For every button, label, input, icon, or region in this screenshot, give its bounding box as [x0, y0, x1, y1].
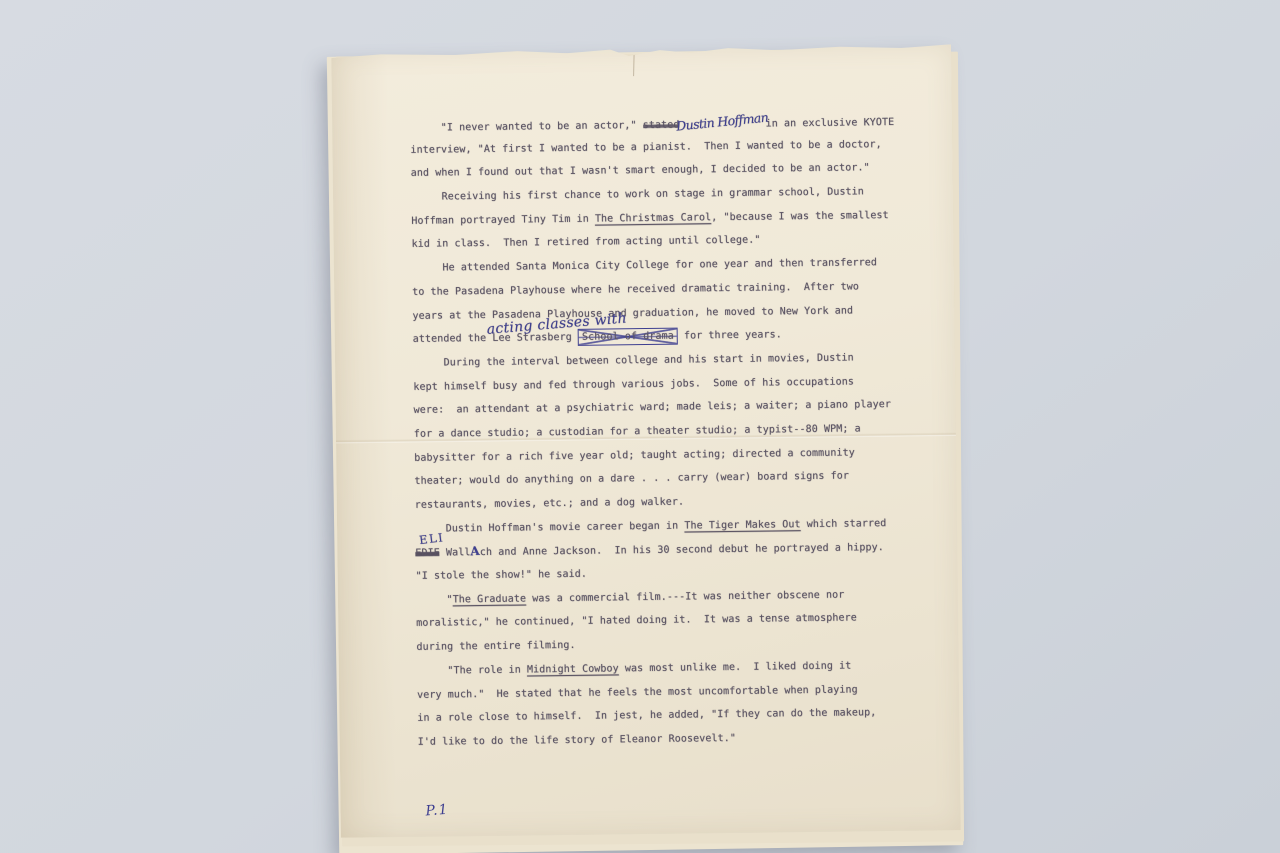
typed-text-block: "I never wanted to be an actor," statedD…	[410, 109, 923, 755]
typed-text: in a role close to himself. In jest, he …	[417, 707, 876, 724]
typed-text: restaurants, movies, etc.; and a dog wal…	[415, 497, 684, 511]
typed-text: Receiving his first chance to work on st…	[411, 186, 864, 203]
boxed-struck-text: School of dramaacting classes with	[578, 328, 678, 346]
page-number-handwritten: P.1	[425, 802, 449, 820]
typed-text: "I never wanted to be an actor,"	[410, 120, 643, 134]
handwritten-letter: A	[470, 540, 481, 564]
typed-text: Hoffman portrayed Tiny Tim in	[411, 213, 595, 226]
typed-text: kid in class. Then I retired from acting…	[412, 235, 761, 250]
handwritten-insert-above: ELI	[418, 527, 446, 553]
underlined-title: The Christmas Carol	[595, 212, 711, 224]
typed-text: during the entire filming.	[416, 640, 575, 653]
typed-text: very much." He stated that he feels the …	[417, 684, 858, 700]
photo-background: "I never wanted to be an actor," statedD…	[0, 0, 1280, 853]
typed-page: "I never wanted to be an actor," statedD…	[331, 44, 961, 838]
typed-text: was a commercial film.---It was neither …	[526, 589, 844, 604]
typed-text: "I stole the show!" he said.	[416, 569, 587, 582]
struck-word: stated	[643, 114, 680, 138]
typed-text: I'd like to do the life story of Eleanor…	[418, 733, 736, 748]
typed-text: , "because I was the smallest	[711, 210, 889, 223]
underlined-title: Midnight Cowboy	[527, 663, 619, 675]
typed-line: I'd like to do the life story of Eleanor…	[418, 725, 923, 755]
typed-text: Dustin Hoffman's movie career began in	[415, 520, 684, 534]
struck-typed-word: EDIEELI	[415, 542, 440, 566]
typed-text: moralistic," he continued, "I hated doin…	[416, 613, 857, 629]
typed-text: were: an attendant at a psychiatric ward…	[414, 399, 892, 416]
typed-text: for three years.	[678, 330, 782, 342]
typed-text: which starred	[801, 518, 887, 530]
typed-text: years at the Pasadena Playhouse and grad…	[412, 305, 853, 321]
typed-text: to the Pasadena Playhouse where he recei…	[412, 281, 859, 297]
typed-text: interview, "At first I wanted to be a pi…	[410, 139, 881, 156]
typed-text: ch and Anne Jackson. In his 30 second de…	[480, 542, 884, 558]
underlined-title: The Tiger Makes Out	[684, 519, 800, 531]
typed-text: in an exclusive KYOTE	[766, 117, 895, 130]
typed-text: During the interval between college and …	[413, 352, 854, 368]
typed-text: for a dance studio; a custodian for a th…	[414, 423, 861, 439]
typed-text: and when I found out that I wasn't smart…	[411, 163, 870, 180]
typed-text: kept himself busy and fed through variou…	[413, 376, 854, 392]
typed-text: theater; would do anything on a dare . .…	[414, 471, 849, 487]
handwritten-name-insert: Dustin Hoffman	[675, 106, 769, 139]
typed-text: babysitter for a rich five year old; tau…	[414, 447, 855, 463]
typed-text: was most unlike me. I liked doing it	[619, 660, 852, 674]
typed-text: He attended Santa Monica City College fo…	[412, 257, 877, 274]
typed-text: "The role in	[417, 664, 527, 676]
typed-text: "	[416, 594, 453, 605]
underlined-title: The Graduate	[453, 593, 527, 605]
